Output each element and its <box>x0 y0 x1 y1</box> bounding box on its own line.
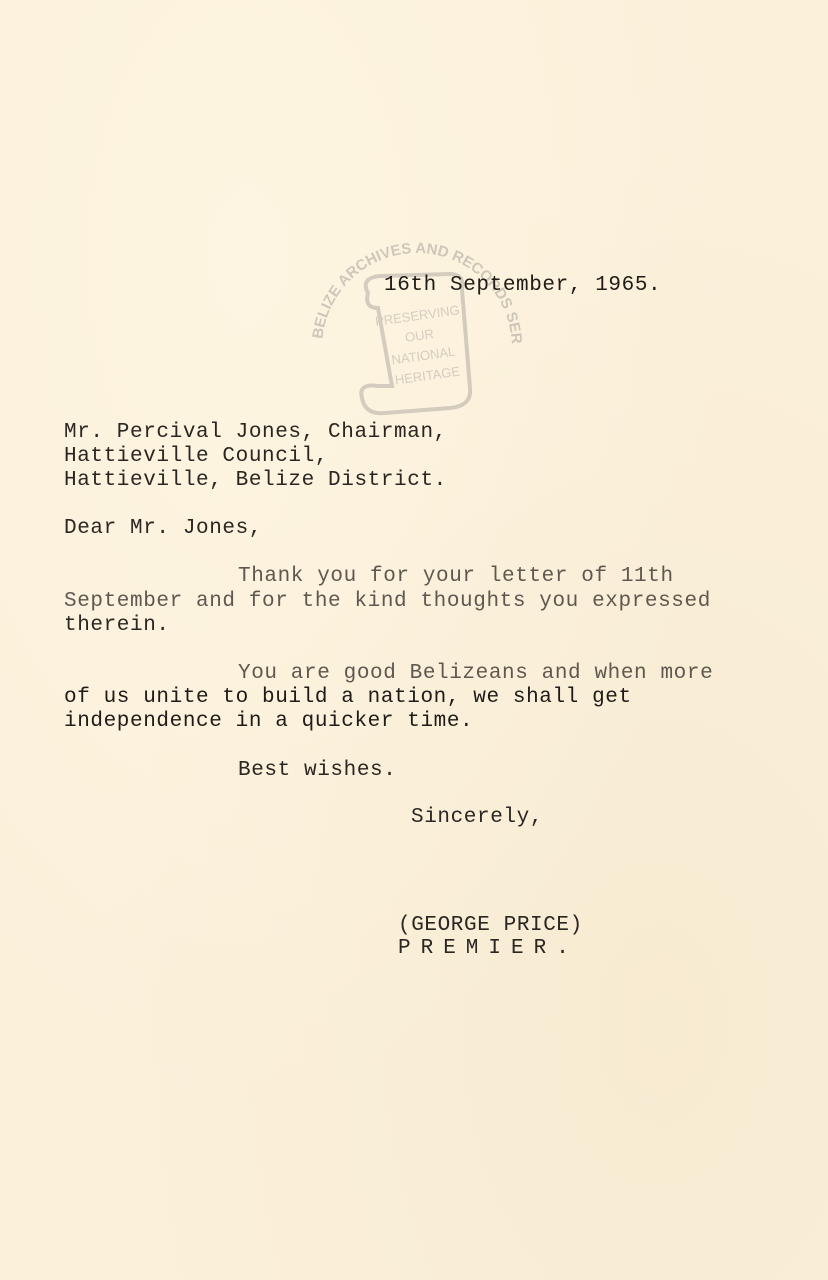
paragraph-2-line-1: You are good Belizeans and when more <box>238 662 713 686</box>
svg-text:PRESERVING: PRESERVING <box>374 302 460 329</box>
svg-text:OUR: OUR <box>404 326 435 345</box>
signature-title: PREMIER. <box>398 937 579 961</box>
recipient-line-1: Mr. Percival Jones, Chairman, <box>64 421 447 445</box>
signature-name: (GEORGE PRICE) <box>398 914 583 938</box>
paragraph-1-line-3: therein. <box>64 614 170 638</box>
closing-sincerely: Sincerely, <box>411 806 543 830</box>
archive-stamp: BELIZE ARCHIVES AND RECORDS SERVICE PRES… <box>300 238 530 428</box>
paragraph-1-line-2: September and for the kind thoughts you … <box>64 590 711 614</box>
salutation: Dear Mr. Jones, <box>64 517 262 541</box>
letter-paper <box>0 0 828 1280</box>
svg-text:HERITAGE: HERITAGE <box>394 364 461 388</box>
paragraph-2-line-3: independence in a quicker time. <box>64 710 473 734</box>
recipient-line-2: Hattieville Council, <box>64 445 328 469</box>
recipient-line-3: Hattieville, Belize District. <box>64 469 447 493</box>
paragraph-1-line-1: Thank you for your letter of 11th <box>238 565 674 589</box>
closing-best-wishes: Best wishes. <box>238 759 396 783</box>
paragraph-2-line-2: of us unite to build a nation, we shall … <box>64 686 632 710</box>
svg-text:NATIONAL: NATIONAL <box>391 344 457 368</box>
letter-date: 16th September, 1965. <box>384 274 661 298</box>
